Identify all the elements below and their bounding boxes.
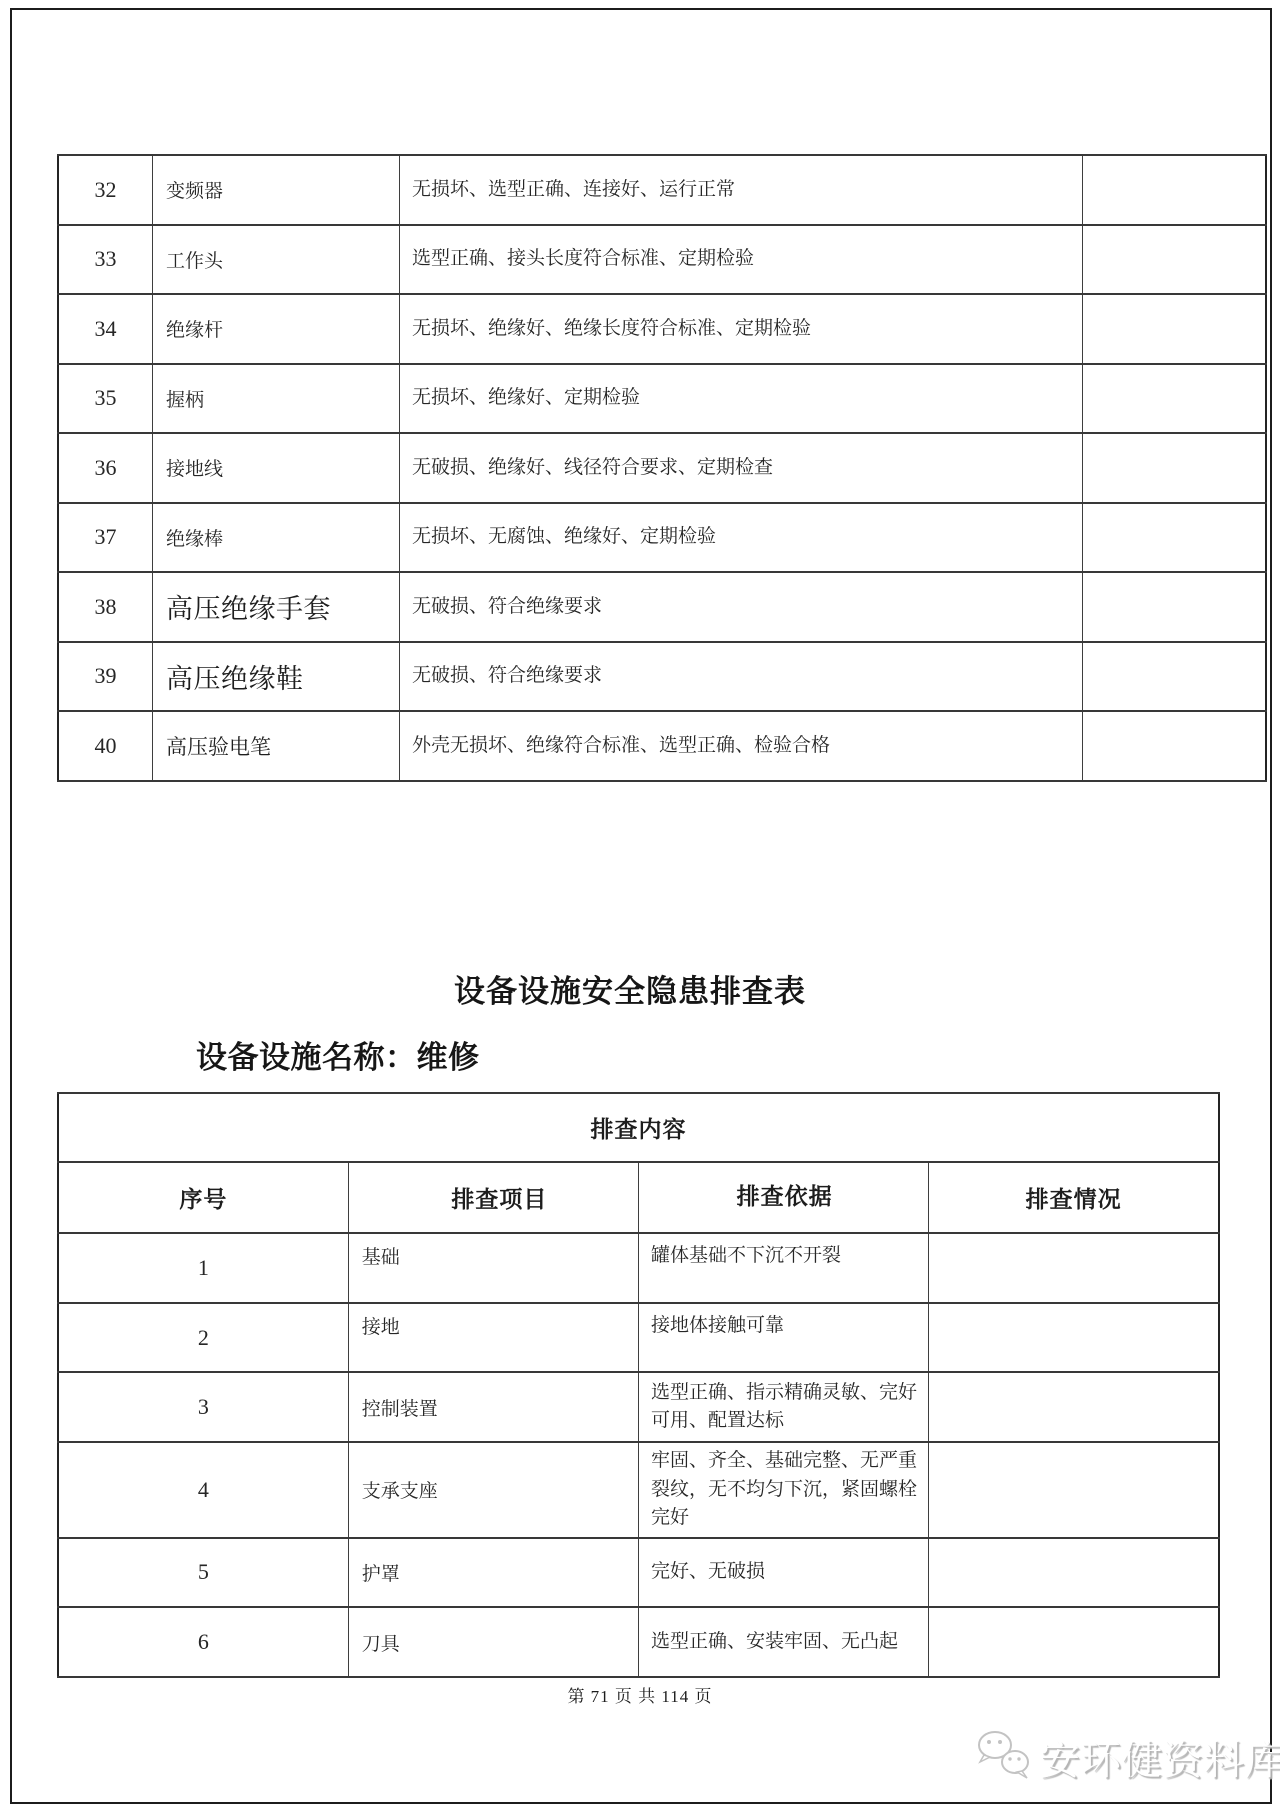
column-header-status: 排查情况	[929, 1162, 1219, 1233]
table-row: 3控制装置选型正确、指示精确灵敏、完好可用、配置达标	[58, 1372, 1219, 1442]
status-cell	[929, 1442, 1219, 1538]
equipment-name-value: 维修	[417, 1040, 480, 1075]
table-banner: 排查内容	[58, 1093, 1219, 1162]
item-cell: 绝缘棒	[153, 503, 400, 573]
no-cell: 32	[58, 155, 153, 225]
no-cell: 36	[58, 433, 153, 503]
table-row: 4支承支座牢固、齐全、基础完整、无严重裂纹，无不均匀下沉，紧固螺栓完好	[58, 1442, 1219, 1538]
no-cell: 33	[58, 225, 153, 295]
checklist-table: 32变频器无损坏、选型正确、连接好、运行正常33工作头选型正确、接头长度符合标准…	[57, 154, 1267, 782]
table-row: 2接地接地体接触可靠	[58, 1303, 1219, 1373]
criteria-cell: 外壳无损坏、绝缘符合标准、选型正确、检验合格	[400, 711, 1083, 781]
criteria-cell: 完好、无破损	[639, 1538, 929, 1608]
status-cell	[1083, 572, 1267, 642]
criteria-cell: 选型正确、安装牢固、无凸起	[639, 1607, 929, 1677]
item-cell: 握柄	[153, 364, 400, 434]
criteria-cell: 选型正确、指示精确灵敏、完好可用、配置达标	[639, 1372, 929, 1442]
table-row: 35握柄无损坏、绝缘好、定期检验	[58, 364, 1266, 434]
status-cell	[1083, 642, 1267, 712]
item-cell: 接地	[348, 1303, 638, 1373]
status-cell	[1083, 503, 1267, 573]
status-cell	[1083, 711, 1267, 781]
watermark-text: 安环健资料库	[1040, 1729, 1280, 1786]
criteria-cell: 无破损、绝缘好、线径符合要求、定期检查	[400, 433, 1083, 503]
status-cell	[1083, 225, 1267, 295]
table-row: 34绝缘杆无损坏、绝缘好、绝缘长度符合标准、定期检验	[58, 294, 1266, 364]
equipment-name-line: 设备设施名称：维修	[196, 1032, 480, 1077]
item-cell: 接地线	[153, 433, 400, 503]
status-cell	[929, 1233, 1219, 1303]
page-footer: 第 71 页 共 114 页	[0, 1682, 1280, 1707]
no-cell: 6	[58, 1607, 348, 1677]
criteria-cell: 牢固、齐全、基础完整、无严重裂纹，无不均匀下沉，紧固螺栓完好	[639, 1442, 929, 1538]
status-cell	[929, 1538, 1219, 1608]
no-cell: 35	[58, 364, 153, 434]
equipment-checklist-table-continued: 32变频器无损坏、选型正确、连接好、运行正常33工作头选型正确、接头长度符合标准…	[57, 154, 1267, 782]
table-row: 38高压绝缘手套无破损、符合绝缘要求	[58, 572, 1266, 642]
table-row: 40高压验电笔外壳无损坏、绝缘符合标准、选型正确、检验合格	[58, 711, 1266, 781]
no-cell: 40	[58, 711, 153, 781]
criteria-cell: 无破损、符合绝缘要求	[400, 642, 1083, 712]
item-cell: 高压绝缘手套	[153, 572, 400, 642]
criteria-cell: 无损坏、无腐蚀、绝缘好、定期检验	[400, 503, 1083, 573]
status-cell	[1083, 155, 1267, 225]
inspection-table: 排查内容 序号 排查项目 排查依据 排查情况 1基础罐体基础不下沉不开裂2接地接…	[57, 1092, 1220, 1678]
no-cell: 38	[58, 572, 153, 642]
criteria-cell: 无损坏、选型正确、连接好、运行正常	[400, 155, 1083, 225]
no-cell: 39	[58, 642, 153, 712]
item-cell: 高压绝缘鞋	[153, 642, 400, 712]
no-cell: 1	[58, 1233, 348, 1303]
status-cell	[929, 1303, 1219, 1373]
status-cell	[1083, 433, 1267, 503]
status-cell	[1083, 364, 1267, 434]
item-cell: 高压验电笔	[153, 711, 400, 781]
table-row: 39高压绝缘鞋无破损、符合绝缘要求	[58, 642, 1266, 712]
column-header-no: 序号	[58, 1162, 348, 1233]
table-row: 6刀具选型正确、安装牢固、无凸起	[58, 1607, 1219, 1677]
table-row: 36接地线无破损、绝缘好、线径符合要求、定期检查	[58, 433, 1266, 503]
no-cell: 34	[58, 294, 153, 364]
no-cell: 2	[58, 1303, 348, 1373]
item-cell: 基础	[348, 1233, 638, 1303]
criteria-cell: 无损坏、绝缘好、绝缘长度符合标准、定期检验	[400, 294, 1083, 364]
column-header-criteria: 排查依据	[639, 1162, 929, 1233]
table-row: 1基础罐体基础不下沉不开裂	[58, 1233, 1219, 1303]
item-cell: 控制装置	[348, 1372, 638, 1442]
table-banner-row: 排查内容	[58, 1093, 1219, 1162]
item-cell: 绝缘杆	[153, 294, 400, 364]
item-cell: 刀具	[348, 1607, 638, 1677]
table-header-row: 序号 排查项目 排查依据 排查情况	[58, 1162, 1219, 1233]
table-row: 32变频器无损坏、选型正确、连接好、运行正常	[58, 155, 1266, 225]
criteria-cell: 无损坏、绝缘好、定期检验	[400, 364, 1083, 434]
no-cell: 4	[58, 1442, 348, 1538]
item-cell: 护罩	[348, 1538, 638, 1608]
table-row: 5护罩完好、无破损	[58, 1538, 1219, 1608]
column-header-item: 排查项目	[348, 1162, 638, 1233]
status-cell	[1083, 294, 1267, 364]
page-title: 设备设施安全隐患排查表	[0, 966, 1260, 1011]
item-cell: 支承支座	[348, 1442, 638, 1538]
status-cell	[929, 1607, 1219, 1677]
item-cell: 工作头	[153, 225, 400, 295]
item-cell: 变频器	[153, 155, 400, 225]
watermark: 安环健资料库	[972, 1728, 1280, 1787]
no-cell: 37	[58, 503, 153, 573]
table-row: 33工作头选型正确、接头长度符合标准、定期检验	[58, 225, 1266, 295]
no-cell: 3	[58, 1372, 348, 1442]
wechat-bubbles-icon	[972, 1728, 1034, 1787]
status-cell	[929, 1372, 1219, 1442]
criteria-cell: 无破损、符合绝缘要求	[400, 572, 1083, 642]
table-row: 37绝缘棒无损坏、无腐蚀、绝缘好、定期检验	[58, 503, 1266, 573]
criteria-cell: 接地体接触可靠	[639, 1303, 929, 1373]
criteria-cell: 选型正确、接头长度符合标准、定期检验	[400, 225, 1083, 295]
no-cell: 5	[58, 1538, 348, 1608]
equipment-name-label: 设备设施名称：	[196, 1040, 417, 1075]
criteria-cell: 罐体基础不下沉不开裂	[639, 1233, 929, 1303]
hazard-inspection-table: 排查内容 序号 排查项目 排查依据 排查情况 1基础罐体基础不下沉不开裂2接地接…	[57, 1092, 1220, 1678]
